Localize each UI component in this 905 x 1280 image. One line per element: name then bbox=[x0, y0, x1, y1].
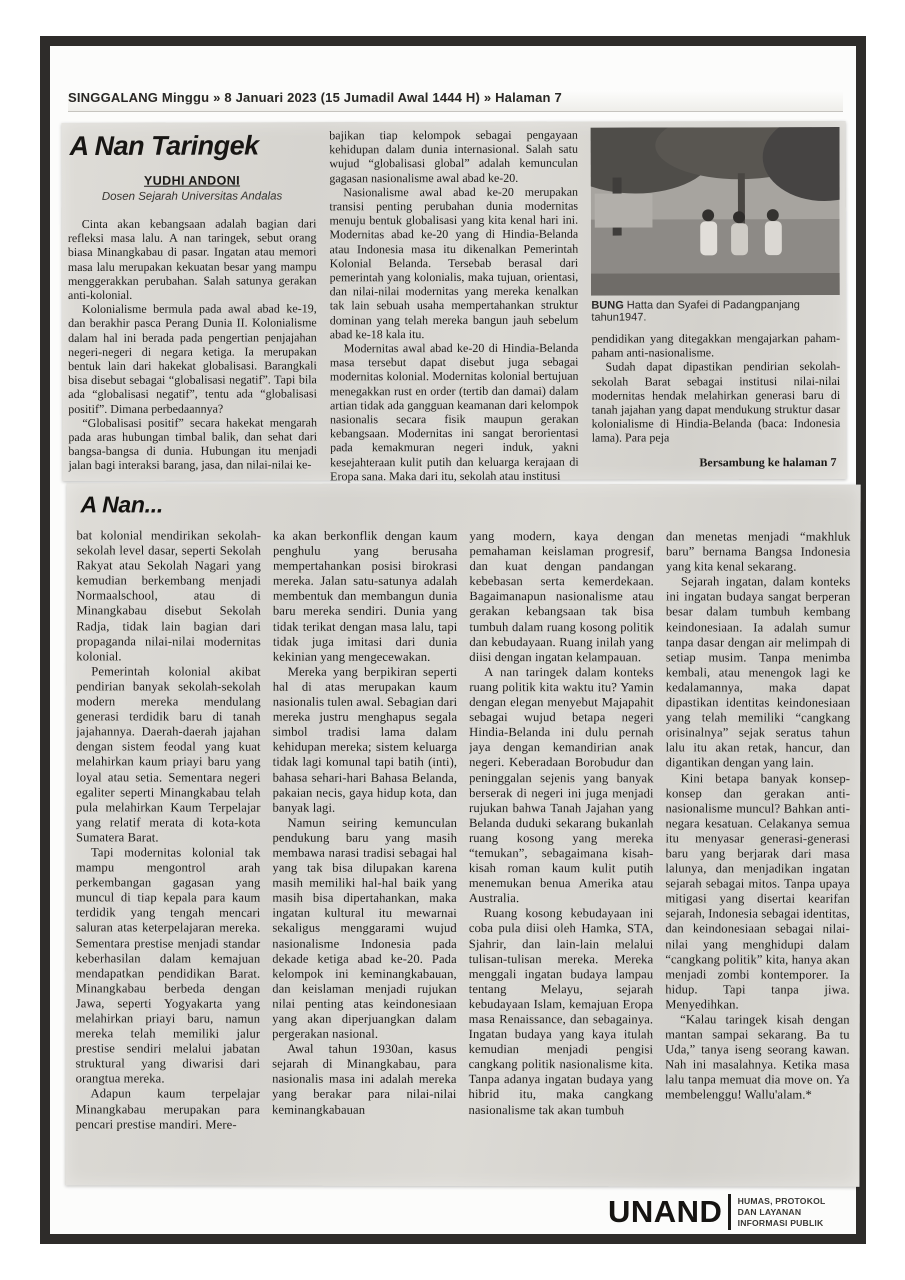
photo-caption: BUNG Hatta dan Syafei di Padangpanjang t… bbox=[591, 295, 840, 332]
paragraph: Nasionalisme awal abad ke-20 merupakan t… bbox=[329, 184, 578, 341]
paragraph: Kini betapa banyak konsep-konsep dan ger… bbox=[665, 771, 850, 1013]
article-clipping-top: A Nan Taringek YUDHI ANDONI Dosen Sejara… bbox=[62, 121, 847, 481]
paragraph: Sudah dapat dipastikan pendirian sekolah… bbox=[591, 359, 840, 445]
photo-image bbox=[591, 127, 840, 296]
paragraph: Namun seiring kemunculan pendukung baru … bbox=[272, 815, 457, 1042]
paragraph: Ruang kosong kebudayaan ini coba pula di… bbox=[469, 906, 654, 1118]
unand-department-label: HUMAS, PROTOKOL DAN LAYANAN INFORMASI PU… bbox=[738, 1196, 848, 1229]
article2-column-3: yang modern, kaya dengan pemahaman keisl… bbox=[468, 529, 654, 1177]
paragraph: Cinta akan kebangsaan adalah bagian dari… bbox=[68, 216, 317, 302]
paragraph: Awal tahun 1930an, kasus sejarah di Mina… bbox=[272, 1042, 457, 1118]
paragraph: bajikan tiap kelompok sebagai pengayaan … bbox=[329, 128, 578, 185]
photo-bung-hatta bbox=[591, 127, 840, 296]
unand-footer-logo: UNAND HUMAS, PROTOKOL DAN LAYANAN INFORM… bbox=[608, 1194, 848, 1230]
article-author-affiliation: Dosen Sejarah Universitas Andalas bbox=[68, 190, 317, 203]
dept-line-1: HUMAS, PROTOKOL bbox=[738, 1196, 826, 1206]
paragraph: bat kolonial mendirikan sekolah-sekolah … bbox=[76, 528, 261, 664]
paragraph: Tapi modernitas kolonial tak mampu mengo… bbox=[76, 845, 261, 1087]
paragraph: “Globalisasi positif” secara hakekat men… bbox=[68, 415, 317, 472]
article1-col1-text: Cinta akan kebangsaan adalah bagian dari… bbox=[68, 216, 317, 472]
paragraph: yang modern, kaya dengan pemahaman keisl… bbox=[469, 529, 654, 665]
paragraph: “Kalau taringek kisah dengan mantan samp… bbox=[665, 1012, 850, 1103]
logo-divider bbox=[728, 1194, 730, 1230]
paragraph: Kolonialisme bermula pada awal abad ke-1… bbox=[68, 302, 317, 416]
paragraph: ka akan berkonflik dengan kaum penghulu … bbox=[273, 529, 458, 665]
article-clipping-bottom: A Nan... bat kolonial mendirikan sekolah… bbox=[65, 483, 860, 1186]
photo-caption-lead: BUNG bbox=[591, 300, 623, 312]
article1-column-1: A Nan Taringek YUDHI ANDONI Dosen Sejara… bbox=[68, 128, 318, 484]
paragraph: dan menetas menjadi “makhluk baru” berna… bbox=[666, 529, 851, 575]
article-title: A Nan Taringek bbox=[68, 128, 317, 168]
article1-column-2: bajikan tiap kelompok sebagai pengayaan … bbox=[329, 128, 579, 484]
masthead: SINGGALANG Minggu » 8 Januari 2023 (15 J… bbox=[68, 90, 843, 112]
article1-col3-text: pendidikan yang ditegakkan mengajarkan p… bbox=[591, 331, 840, 445]
article1-column-3: BUNG Hatta dan Syafei di Padangpanjang t… bbox=[591, 127, 841, 483]
scan-border-frame: SINGGALANG Minggu » 8 Januari 2023 (15 J… bbox=[40, 36, 866, 1244]
paragraph: Modernitas awal abad ke-20 di Hindia-Bel… bbox=[330, 341, 579, 484]
paragraph: A nan taringek dalam konteks ruang polit… bbox=[469, 665, 654, 907]
paragraph: Pemerintah kolonial akibat pendirian ban… bbox=[76, 664, 261, 845]
article2-column-2: ka akan berkonflik dengan kaum penghulu … bbox=[272, 529, 458, 1177]
article2-column-1: bat kolonial mendirikan sekolah-sekolah … bbox=[75, 528, 261, 1176]
continuation-note: Bersambung ke halaman 7 bbox=[592, 455, 841, 471]
newspaper-page: SINGGALANG Minggu » 8 Januari 2023 (15 J… bbox=[50, 46, 856, 1234]
article2-column-4: dan menetas menjadi “makhluk baru” berna… bbox=[665, 529, 851, 1177]
paragraph: Sejarah ingatan, dalam konteks ini ingat… bbox=[666, 575, 851, 772]
unand-wordmark: UNAND bbox=[608, 1194, 722, 1230]
article-author: YUDHI ANDONI bbox=[68, 173, 317, 188]
paragraph: pendidikan yang ditegakkan mengajarkan p… bbox=[591, 331, 840, 360]
paragraph: Adapun kaum terpelajar Minangkabau merup… bbox=[75, 1087, 260, 1133]
continued-article-title: A Nan... bbox=[77, 489, 851, 529]
dept-line-2: DAN LAYANAN INFORMASI PUBLIK bbox=[738, 1207, 824, 1228]
paragraph: Mereka yang berpikiran seperti hal di at… bbox=[273, 665, 458, 816]
